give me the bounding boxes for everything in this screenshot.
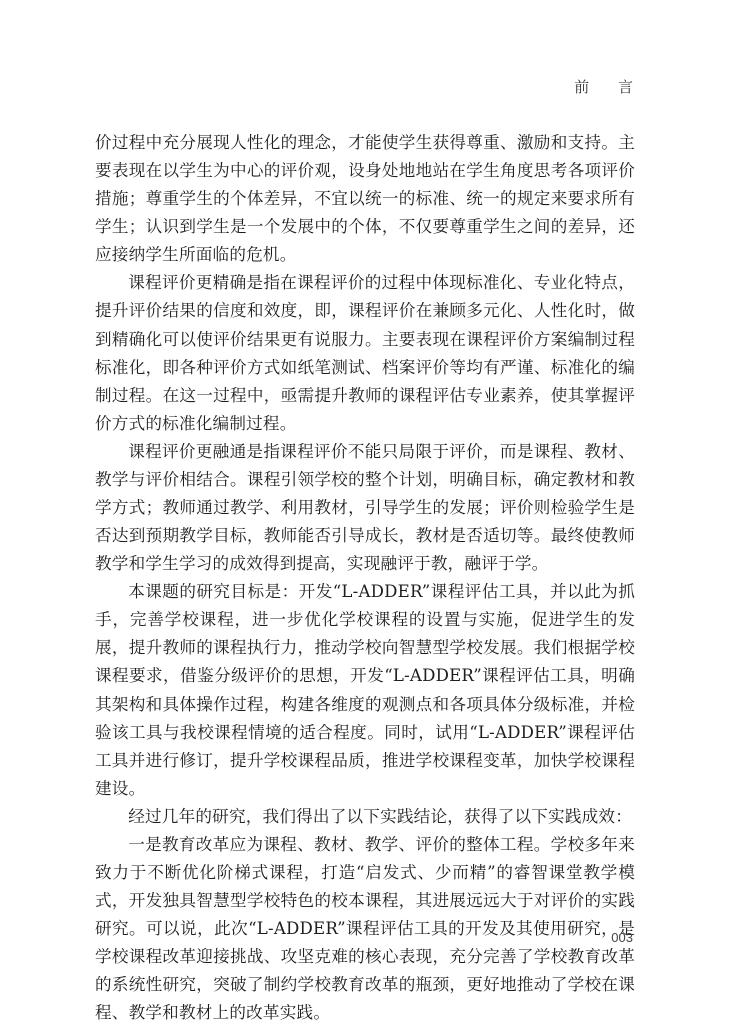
paragraph-evaluation-integration: 课程评价更融通是指课程评价不能只局限于评价，而是课程、教材、教学与评价相结合。课…: [95, 438, 635, 578]
paragraph-research-goal: 本课题的研究目标是：开发“L-ADDER”课程评估工具，并以此为抓手，完善学校课…: [95, 578, 635, 803]
paragraph-humanized-evaluation-continued: 价过程中充分展现人性化的理念，才能使学生获得尊重、激励和支持。主要表现在以学生为…: [95, 129, 635, 269]
paragraph-evaluation-precision: 课程评价更精确是指在课程评价的过程中体现标准化、专业化特点，提升评价结果的信度和…: [95, 269, 635, 437]
running-header: 前 言: [574, 76, 645, 97]
paragraph-conclusion-one: 一是教育改革应为课程、教材、教学、评价的整体工程。学校多年来致力于不断优化阶梯式…: [95, 831, 635, 1022]
document-page: 前 言 价过程中充分展现人性化的理念，才能使学生获得尊重、激励和支持。主要表现在…: [0, 0, 730, 1022]
paragraph-research-conclusions-intro: 经过几年的研究，我们得出了以下实践结论，获得了以下实践成效：: [95, 803, 635, 831]
body-text: 价过程中充分展现人性化的理念，才能使学生获得尊重、激励和支持。主要表现在以学生为…: [95, 129, 635, 1022]
page-number: 003: [611, 930, 633, 945]
